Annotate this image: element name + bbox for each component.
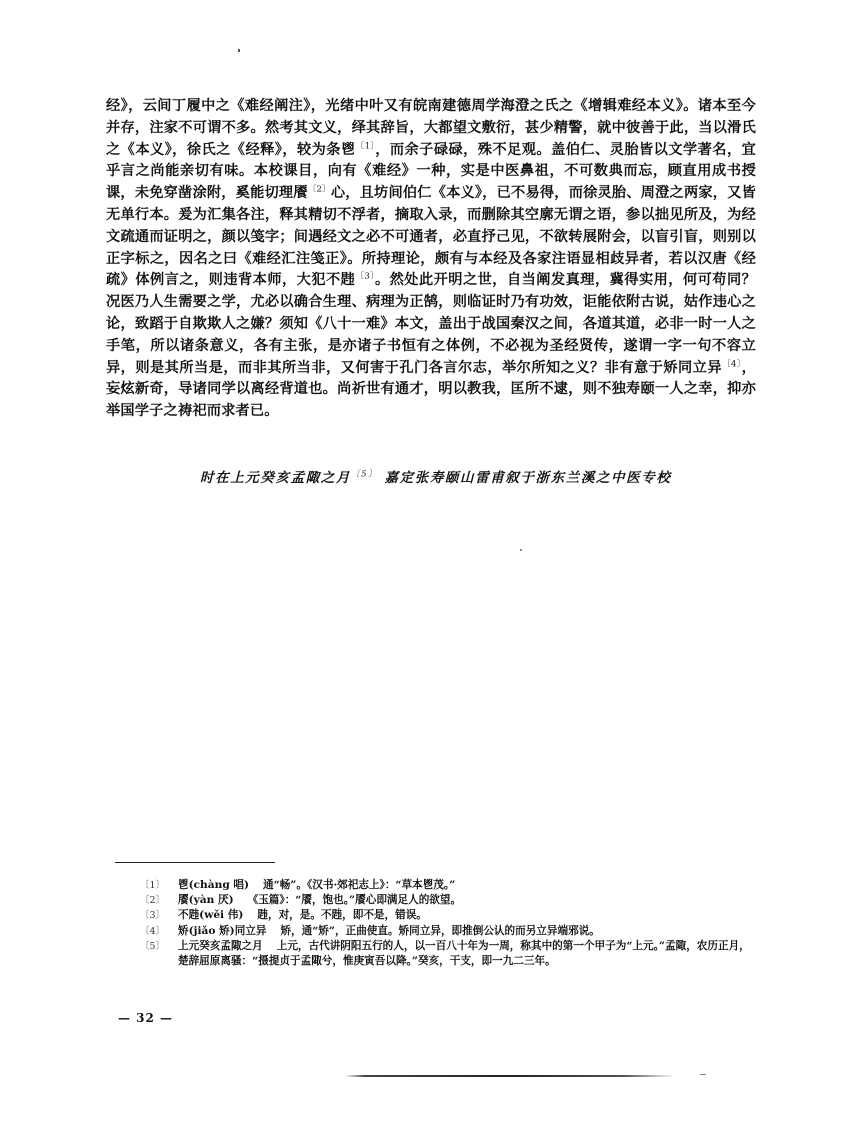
footnote-item: 〔1〕 鬯(chàng 唱)通“畅”。《汉书·郊祀志上》：“草本鬯茂。” xyxy=(140,878,760,893)
document-page: 经》，云间丁履中之《难经阐注》，光绪中叶又有皖南建德周学海澄之氏之《增辑难经本义… xyxy=(0,0,866,1122)
preface-paragraph: 经》，云间丁履中之《难经阐注》，光绪中叶又有皖南建德周学海澄之氏之《增辑难经本义… xyxy=(106,96,756,423)
footnote-term: 鬯(chàng 唱) xyxy=(178,879,249,891)
preface-body-text: 经》，云间丁履中之《难经阐注》，光绪中叶又有皖南建德周学海澄之氏之《增辑难经本义… xyxy=(106,96,756,423)
footnote-ref-2: 〔2〕 xyxy=(308,184,331,194)
footnotes: 〔1〕 鬯(chàng 唱)通“畅”。《汉书·郊祀志上》：“草本鬯茂。” 〔2〕… xyxy=(140,878,760,969)
footnote-ref-5: 〔5〕 xyxy=(351,470,378,480)
footnote-item: 〔2〕 餍(yàn 厌)《玉篇》：“餍，饱也。”餍心即满足人的欲望。 xyxy=(140,893,760,908)
footnote-term: 餍(yàn 厌) xyxy=(178,894,234,906)
footnote-text: 上元，古代讲阴阳五行的人，以一百八十年为一周，称其中的第一个甲子为“上元。”孟陬… xyxy=(178,940,750,967)
footnote-ref-3: 〔3〕 xyxy=(355,272,375,282)
footnote-number: 〔3〕 xyxy=(140,908,178,923)
footnote-ref-1: 〔1〕 xyxy=(356,141,376,151)
scan-speck xyxy=(700,1074,706,1075)
footnote-text: 韪，对，是。不韪，即不是，错误。 xyxy=(257,909,427,921)
signature-author: 嘉定张寿颐山雷甫叙于浙东兰溪之中医专校 xyxy=(378,470,671,486)
footnote-term: 上元癸亥孟陬之月 xyxy=(178,940,263,952)
page-number: — 32 — xyxy=(118,1011,173,1025)
scan-speck xyxy=(238,49,240,52)
footnote-term: 不韪(wěi 伟) xyxy=(178,909,243,921)
scan-speck xyxy=(520,549,522,551)
footnote-divider xyxy=(115,862,275,863)
footnote-item: 〔3〕 不韪(wěi 伟)韪，对，是。不韪，即不是，错误。 xyxy=(140,908,760,923)
footnote-number: 〔2〕 xyxy=(140,893,178,908)
footnote-number: 〔1〕 xyxy=(140,878,178,893)
footnote-ref-4: 〔4〕 xyxy=(722,359,742,369)
footnote-text: 《玉篇》：“餍，饱也。”餍心即满足人的欲望。 xyxy=(248,894,461,906)
signature-date: 时在上元癸亥孟陬之月 xyxy=(200,470,351,486)
footnote-text: 矫，通“矫”，正曲使直。矫同立异，即推倒公认的而另立异端邪说。 xyxy=(280,925,599,937)
scan-artifact-line xyxy=(345,1075,675,1077)
footnote-number: 〔4〕 xyxy=(140,924,178,939)
footnote-item: 〔4〕 矫(jiǎo 矫)同立异矫，通“矫”，正曲使直。矫同立异，即推倒公认的而… xyxy=(140,924,760,939)
footnote-text: 通“畅”。《汉书·郊祀志上》：“草本鬯茂。” xyxy=(263,879,455,891)
footnote-number: 〔5〕 xyxy=(140,939,178,969)
footnote-item: 〔5〕 上元癸亥孟陬之月上元，古代讲阴阳五行的人，以一百八十年为一周，称其中的第… xyxy=(140,939,760,969)
author-signature: 时在上元癸亥孟陬之月〔5〕 嘉定张寿颐山雷甫叙于浙东兰溪之中医专校 xyxy=(200,466,760,486)
footnote-term: 矫(jiǎo 矫)同立异 xyxy=(178,925,266,937)
